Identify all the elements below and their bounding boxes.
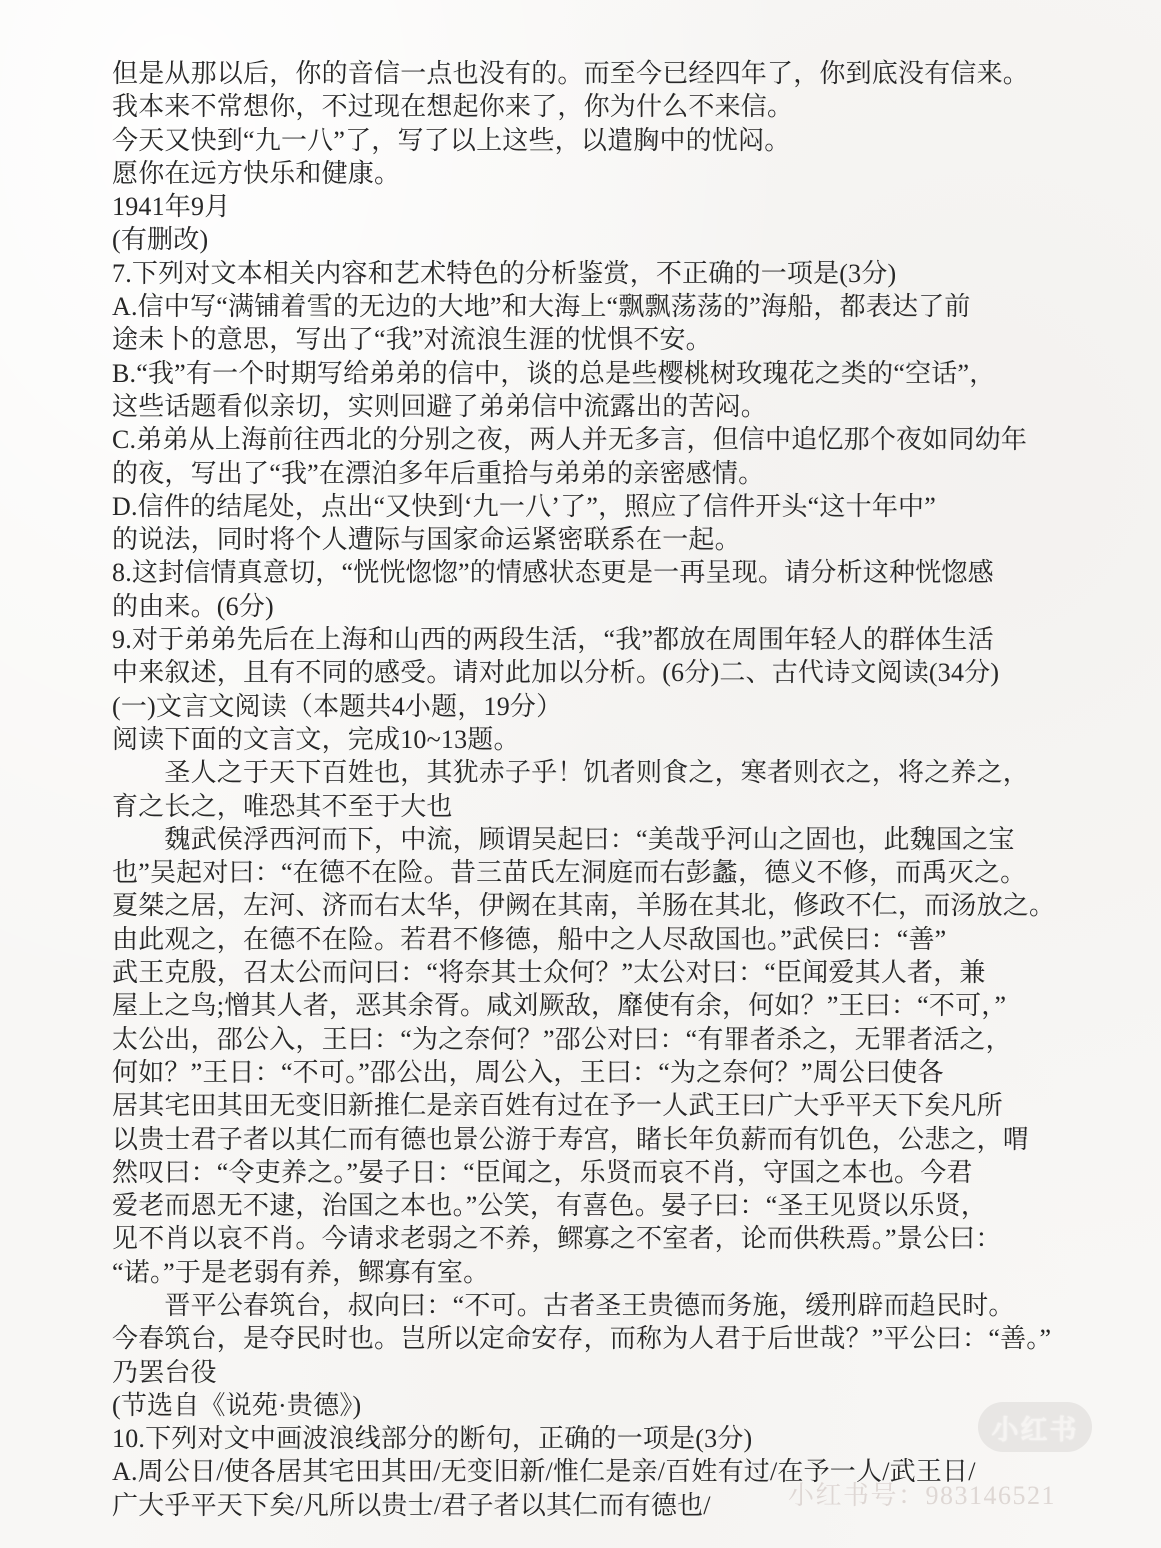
text-line: 夏桀之居，左河、济而右太华，伊阙在其南，羊肠在其北，修政不仁，而汤放之。 (112, 889, 1057, 922)
text-line: 见不肖以哀不肖。今请求老弱之不养，鳏寡之不室者，论而供秩焉。”景公曰： (112, 1222, 1057, 1255)
xiaohongshu-id-watermark: 小红书号：983146521 (788, 1480, 1056, 1512)
text-line: 爱老而恩无不逮，治国之本也。”公笑，有喜色。晏子曰：“圣王见贤以乐贤， (112, 1189, 1057, 1222)
text-line: 的夜，写出了“我”在漂泊多年后重拾与弟弟的亲密感情。 (112, 457, 1057, 490)
text-line: 愿你在远方快乐和健康。 (112, 157, 1057, 190)
document-lines: 但是从那以后，你的音信一点也没有的。而至今已经四年了，你到底没有信来。我本来不常… (112, 57, 1057, 1522)
text-line: 圣人之于天下百姓也，其犹赤子乎！饥者则食之，寒者则衣之，将之养之， (112, 756, 1057, 789)
text-line: (有删改) (112, 223, 1057, 256)
text-line: 今天又快到“九一八”了，写了以上这些，以遣胸中的忧闷。 (112, 124, 1057, 157)
text-line: (一)文言文阅读（本题共4小题，19分） (112, 690, 1057, 723)
text-line: 的由来。(6分) (112, 590, 1057, 623)
text-line: “诺。”于是老弱有养，鳏寡有室。 (112, 1256, 1057, 1289)
xiaohongshu-logo-watermark: 小红书 (978, 1402, 1092, 1452)
text-line: A.信中写“满铺着雪的无边的大地”和大海上“飘飘荡荡的”海船，都表达了前 (112, 290, 1057, 323)
text-line: C.弟弟从上海前往西北的分别之夜，两人并无多言，但信中追忆那个夜如同幼年 (112, 423, 1057, 456)
text-line: 途未卜的意思，写出了“我”对流浪生涯的忧惧不安。 (112, 323, 1057, 356)
text-line: 1941年9月 (112, 190, 1057, 223)
scanned-exam-page: 但是从那以后，你的音信一点也没有的。而至今已经四年了，你到底没有信来。我本来不常… (0, 0, 1161, 1548)
text-line: 10.下列对文中画波浪线部分的断句，正确的一项是(3分) (112, 1422, 1057, 1455)
text-line: 9.对于弟弟先后在上海和山西的两段生活，“我”都放在周围年轻人的群体生活 (112, 623, 1057, 656)
text-line: 育之长之，唯恐其不至于大也 (112, 790, 1057, 823)
text-line: 但是从那以后，你的音信一点也没有的。而至今已经四年了，你到底没有信来。 (112, 57, 1057, 90)
text-line: 我本来不常想你，不过现在想起你来了，你为什么不来信。 (112, 90, 1057, 123)
text-line: 屋上之鸟;憎其人者，恶其余胥。咸刘厥敌，靡使有余，何如？”王曰：“不可，” (112, 989, 1057, 1022)
text-line: 以贵士君子者以其仁而有德也景公游于寿宫，睹长年负薪而有饥色，公悲之，喟 (112, 1123, 1057, 1156)
text-line: 何如？”王日：“不可。”邵公出，周公入，王曰：“为之奈何？”周公曰使各 (112, 1056, 1057, 1089)
text-line: 也”吴起对曰：“在德不在险。昔三苗氏左洞庭而右彭蠡，德义不修，而禹灭之。 (112, 856, 1057, 889)
text-line: 武王克殷，召太公而问曰：“将奈其士众何？”太公对曰：“臣闻爱其人者，兼 (112, 956, 1057, 989)
text-line: 8.这封信情真意切，“恍恍惚惚”的情感状态更是一再呈现。请分析这种恍惚感 (112, 556, 1057, 589)
text-line: 晋平公春筑台，叔向曰：“不可。古者圣王贵德而务施，缓刑辟而趋民时。 (112, 1289, 1057, 1322)
text-line: 居其宅田其田无变旧新推仁是亲百姓有过在予一人武王曰广大乎平天下矣凡所 (112, 1089, 1057, 1122)
text-line: 阅读下面的文言文，完成10~13题。 (112, 723, 1057, 756)
text-line: 乃罢台役 (112, 1356, 1057, 1389)
text-line: (节选自《说苑·贵德》) (112, 1389, 1057, 1422)
text-line: 这些话题看似亲切，实则回避了弟弟信中流露出的苦闷。 (112, 390, 1057, 423)
text-line: B.“我”有一个时期写给弟弟的信中，谈的总是些樱桃树玫瑰花之类的“空话”， (112, 357, 1057, 390)
text-line: 今春筑台，是夺民时也。岂所以定命安存，而称为人君于后世哉？”平公曰：“善。” (112, 1322, 1057, 1355)
xiaohongshu-logo-text: 小红书 (992, 1408, 1079, 1447)
text-line: 然叹曰：“令吏养之。”晏子日：“臣闻之，乐贤而哀不肖，守国之本也。今君 (112, 1156, 1057, 1189)
text-line: 太公出，邵公入，王曰：“为之奈何？”邵公对曰：“有罪者杀之，无罪者活之， (112, 1023, 1057, 1056)
text-line: 由此观之，在德不在险。若君不修德，船中之人尽敌国也。”武侯曰：“善” (112, 923, 1057, 956)
text-line: 魏武侯浮西河而下，中流，顾谓吴起曰：“美哉乎河山之固也，此魏国之宝 (112, 823, 1057, 856)
text-line: 7.下列对文本相关内容和艺术特色的分析鉴赏，不正确的一项是(3分) (112, 257, 1057, 290)
text-line: D.信件的结尾处，点出“又快到‘九一八’了”，照应了信件开头“这十年中” (112, 490, 1057, 523)
text-line: 中来叙述，且有不同的感受。请对此加以分析。(6分)二、古代诗文阅读(34分) (112, 656, 1057, 689)
text-line: 的说法，同时将个人遭际与国家命运紧密联系在一起。 (112, 523, 1057, 556)
